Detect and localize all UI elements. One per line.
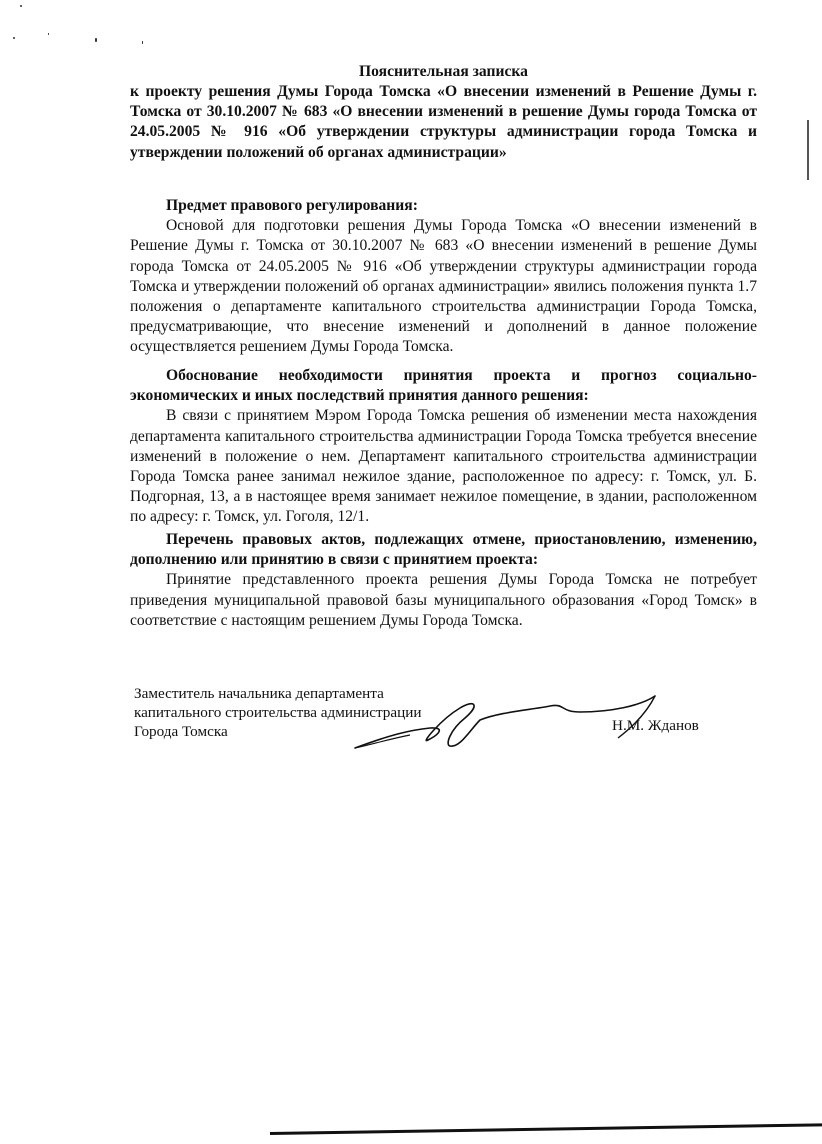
scan-speck [95, 38, 97, 42]
scan-bottom-edge [270, 1123, 822, 1135]
scan-edge-line [807, 120, 809, 180]
document-title: Пояснительная записка [130, 62, 757, 82]
document-page: Пояснительная записка к проекту решения … [0, 0, 822, 1144]
section-legal-regulation: Предмет правового регулирования: Основой… [130, 196, 757, 358]
section-heading: Перечень правовых актов, подлежащих отме… [130, 530, 757, 570]
section-body: Основой для подготовки решения Думы Горо… [130, 216, 757, 357]
signatory-name: Н.М. Жданов [612, 717, 699, 735]
scan-speck [13, 37, 15, 39]
section-body: Принятие представленного проекта решения… [130, 570, 757, 631]
scan-speck [142, 41, 143, 44]
section-heading: Предмет правового регулирования: [130, 196, 757, 216]
section-justification: Обоснование необходимости принятия проек… [130, 366, 757, 528]
scan-speck [20, 5, 22, 7]
section-body: В связи с принятием Мэром Города Томска … [130, 406, 757, 527]
section-legal-acts-list: Перечень правовых актов, подлежащих отме… [130, 530, 757, 631]
document-subtitle: к проекту решения Думы Города Томска «О … [130, 82, 757, 163]
section-heading: Обоснование необходимости принятия проек… [130, 366, 757, 406]
scan-speck [48, 33, 49, 35]
